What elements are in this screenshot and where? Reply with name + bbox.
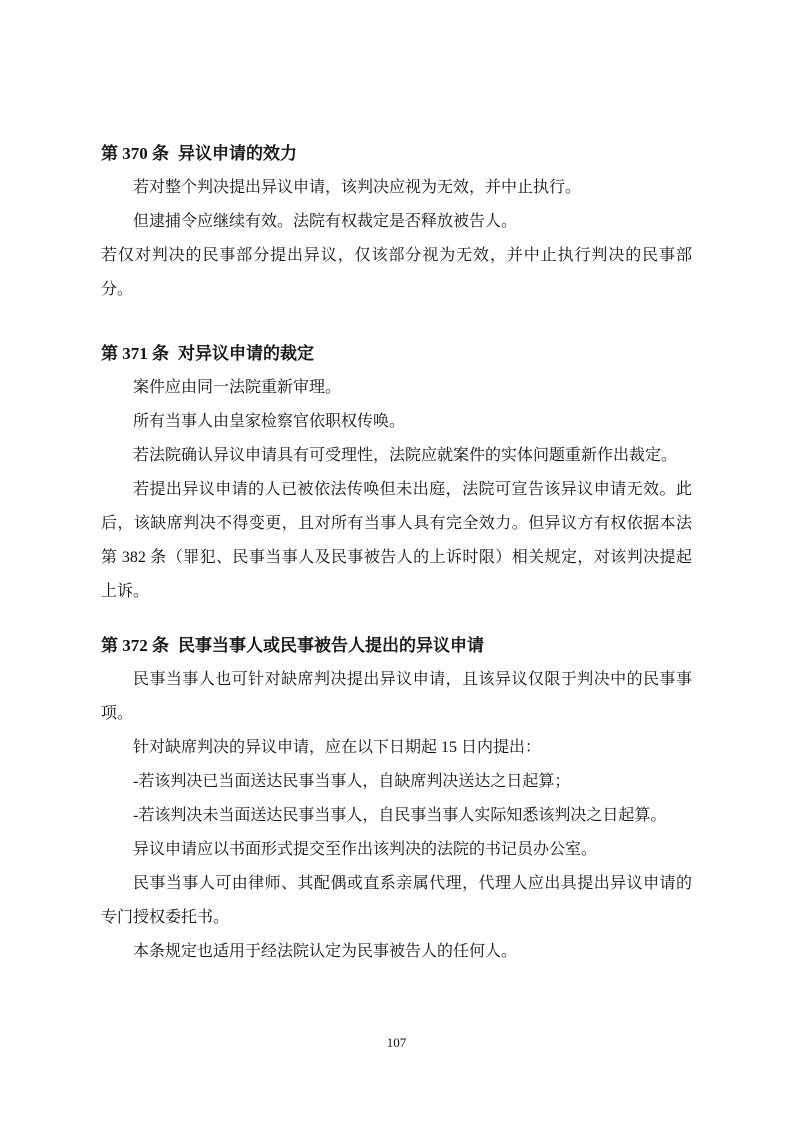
article-section: 第 370 条异议申请的效力 若对整个判决提出异议申请，该判决应视为无效，并中止… — [101, 137, 692, 307]
article-paragraph: 本条规定也适用于经法院认定为民事被告人的任何人。 — [101, 935, 692, 969]
document-content: 第 370 条异议申请的效力 若对整个判决提出异议申请，该判决应视为无效，并中止… — [101, 137, 692, 969]
article-paragraph: 针对缺席判决的异议申请，应在以下日期起 15 日内提出： — [101, 731, 692, 765]
article-paragraph: 若提出异议申请的人已被依法传唤但未出庭，法院可宣告该异议申请无效。此后，该缺席判… — [101, 473, 692, 609]
article-paragraph: 所有当事人由皇家检察官依职权传唤。 — [101, 405, 692, 439]
article-paragraph: 若法院确认异议申请具有可受理性，法院应就案件的实体问题重新作出裁定。 — [101, 439, 692, 473]
article-paragraph: 但逮捕令应继续有效。法院有权裁定是否释放被告人。 — [101, 205, 692, 239]
article-paragraph: 案件应由同一法院重新审理。 — [101, 371, 692, 405]
page-number: 107 — [387, 1035, 407, 1050]
article-paragraph: 异议申请应以书面形式提交至作出该判决的法院的书记员办公室。 — [101, 833, 692, 867]
document-page: 第 370 条异议申请的效力 若对整个判决提出异议申请，该判决应视为无效，并中止… — [0, 0, 793, 1122]
article-paragraph: 若对整个判决提出异议申请，该判决应视为无效，并中止执行。 — [101, 171, 692, 205]
page-footer: 107 — [0, 1033, 793, 1053]
article-title: 异议申请的效力 — [178, 144, 297, 163]
article-section: 第 372 条民事当事人或民事被告人提出的异议申请 民事当事人也可针对缺席判决提… — [101, 629, 692, 969]
article-title: 民事当事人或民事被告人提出的异议申请 — [178, 636, 484, 655]
article-heading: 第 372 条民事当事人或民事被告人提出的异议申请 — [101, 629, 692, 663]
article-paragraph: -若该判决未当面送达民事当事人，自民事当事人实际知悉该判决之日起算。 — [101, 799, 692, 833]
article-paragraph: -若该判决已当面送达民事当事人，自缺席判决送达之日起算； — [101, 765, 692, 799]
article-number: 第 372 条 — [101, 636, 169, 655]
article-paragraph: 民事当事人也可针对缺席判决提出异议申请，且该异议仅限于判决中的民事事项。 — [101, 663, 692, 731]
article-paragraph: 民事当事人可由律师、其配偶或直系亲属代理，代理人应出具提出异议申请的专门授权委托… — [101, 867, 692, 935]
article-number: 第 370 条 — [101, 144, 169, 163]
article-heading: 第 371 条对异议申请的裁定 — [101, 337, 692, 371]
article-title: 对异议申请的裁定 — [178, 344, 314, 363]
article-heading: 第 370 条异议申请的效力 — [101, 137, 692, 171]
article-paragraph: 若仅对判决的民事部分提出异议，仅该部分视为无效，并中止执行判决的民事部分。 — [101, 239, 692, 307]
article-section: 第 371 条对异议申请的裁定 案件应由同一法院重新审理。所有当事人由皇家检察官… — [101, 337, 692, 609]
article-number: 第 371 条 — [101, 344, 169, 363]
